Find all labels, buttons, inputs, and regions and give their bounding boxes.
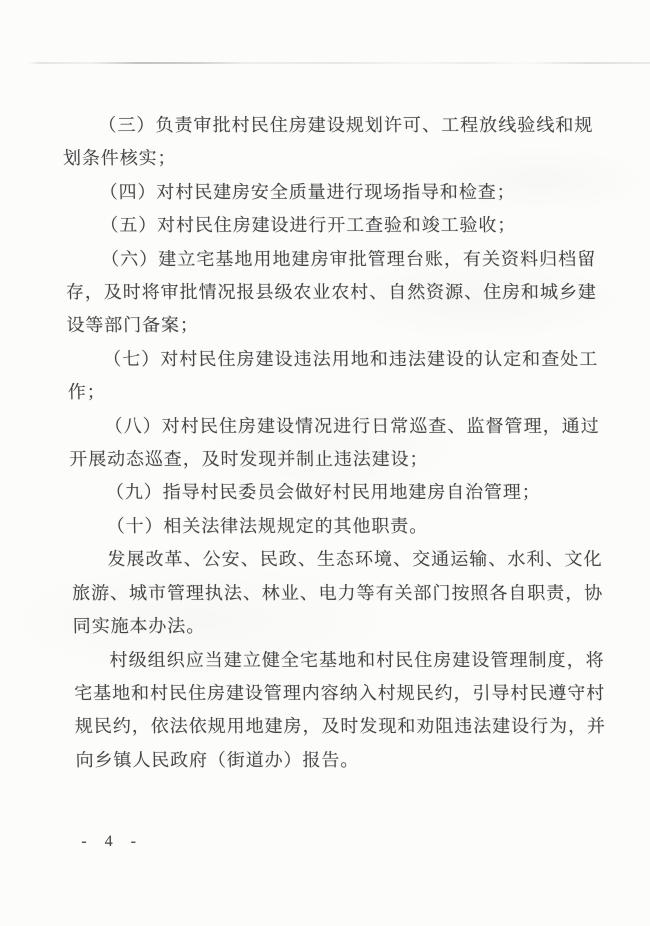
duty-item-10: （十）相关法律法规规定的其他职责。	[70, 510, 602, 543]
document-body: （三）负责审批村民住房建设规划许可、工程放线验线和规划条件核实； （四）对村民建…	[62, 109, 607, 777]
duty-item-8: （八）对村民住房建设情况进行日常巡查、监督管理，通过开展动态巡查，及时发现并制止…	[68, 410, 600, 477]
duty-item-5: （五）对村民住房建设进行开工查验和竣工验收；	[64, 209, 596, 242]
document-page: （三）负责审批村民住房建设规划许可、工程放线验线和规划条件核实； （四）对村民建…	[0, 0, 650, 926]
scanned-sheet: （三）负责审批村民住房建设规划许可、工程放线验线和规划条件核实； （四）对村民建…	[0, 0, 650, 926]
departments-paragraph: 发展改革、公安、民政、生态环境、交通运输、水利、文化旅游、城市管理执法、林业、电…	[71, 543, 604, 643]
village-organization-paragraph: 村级组织应当建立健全宅基地和村民住房建设管理制度，将宅基地和村民住房建设管理内容…	[73, 644, 607, 778]
duty-item-9: （九）指导村民委员会做好村民用地建房自治管理；	[70, 476, 602, 509]
duty-item-7: （七）对村民住房建设违法用地和违法建设的认定和查处工作；	[67, 343, 599, 410]
page-number: - 4 -	[81, 833, 143, 851]
duty-item-4: （四）对村民建房安全质量进行现场指导和检查；	[63, 176, 595, 209]
duty-item-3: （三）负责审批村民住房建设规划许可、工程放线验线和规划条件核实；	[62, 109, 594, 176]
duty-item-6: （六）建立宅基地用地建房审批管理台账，有关资料归档留存，及时将审批情况报县级农业…	[65, 243, 598, 343]
